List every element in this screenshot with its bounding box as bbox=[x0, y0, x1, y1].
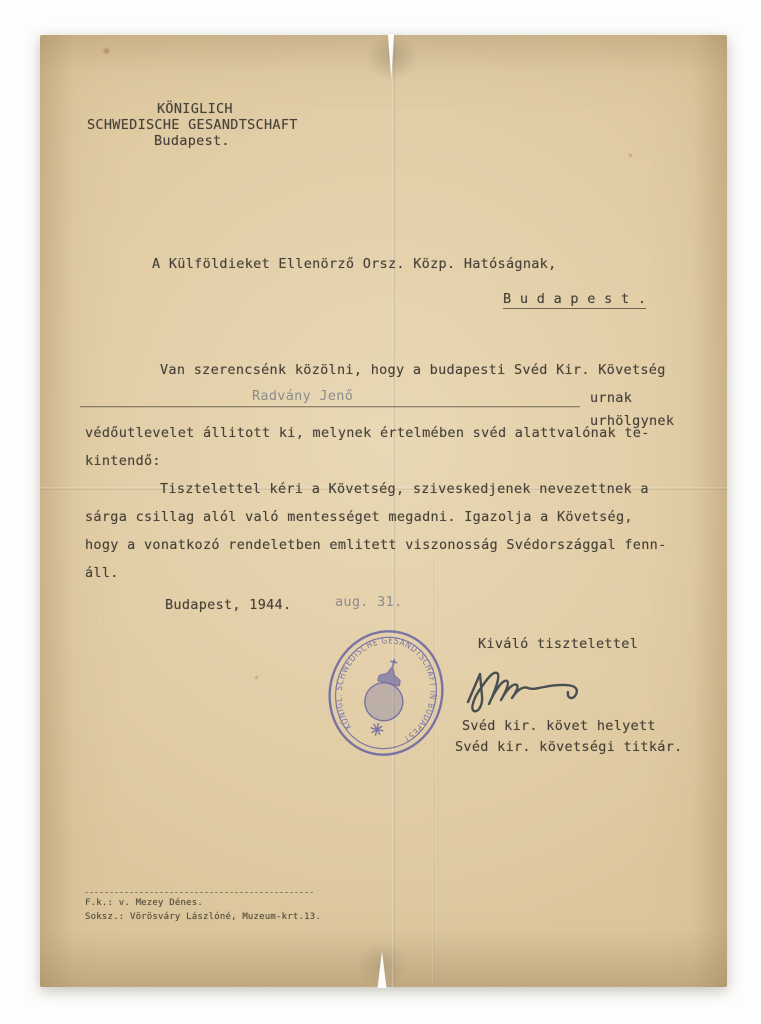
body-para2-line2: sárga csillag alól való mentességet mega… bbox=[85, 509, 633, 525]
handwritten-signature bbox=[460, 658, 622, 716]
foxing-spot bbox=[102, 47, 111, 55]
body-para1-line2: védőutlevelet állitott ki, melynek értel… bbox=[85, 425, 650, 441]
recipient-city: B u d a p e s t . bbox=[503, 291, 646, 309]
foxing-spot bbox=[254, 675, 259, 680]
signer-title-line1: Svéd kir. követ helyett bbox=[462, 718, 656, 734]
stamp-orb bbox=[361, 679, 407, 725]
foxing-spot bbox=[628, 153, 633, 158]
stamp-bottom-ornament bbox=[369, 722, 385, 738]
body-para1-line1: Van szerencsénk közölni, hogy a budapest… bbox=[160, 362, 666, 378]
letter-paper: KÖNIGLICH SCHWEDISCHE GESANDTSCHAFT Buda… bbox=[40, 35, 727, 987]
stamp-crown-cross bbox=[389, 658, 397, 666]
letterhead-line1: KÖNIGLICH bbox=[157, 101, 233, 117]
salutation-sir: urnak bbox=[590, 390, 632, 406]
date-stamp: aug. 31. bbox=[335, 594, 402, 610]
valediction: Kiváló tisztelettel bbox=[478, 636, 638, 652]
typed-name: Radvány Jenő bbox=[252, 388, 353, 404]
body-para2-line1: Tisztelettel kéri a Követség, sziveskedj… bbox=[160, 481, 649, 497]
footer-divider bbox=[85, 892, 313, 893]
body-para1-line3: kintendő: bbox=[85, 453, 161, 469]
body-para2-line3: hogy a vonatkozó rendeletben emlitett vi… bbox=[85, 537, 667, 553]
signer-title-line2: Svéd kir. követségi titkár. bbox=[455, 739, 683, 755]
top-edge-tear bbox=[384, 34, 398, 80]
letterhead-line3: Budapest. bbox=[154, 133, 230, 149]
bottom-edge-tear bbox=[374, 951, 390, 988]
vertical-fold-crease-2 bbox=[432, 555, 434, 987]
letterhead-line2: SCHWEDISCHE GESANDTSCHAFT bbox=[87, 117, 298, 133]
recipient-authority: A Külföldieket Ellenörző Orsz. Közp. Hat… bbox=[152, 256, 557, 272]
scanned-letter-photo: KÖNIGLICH SCHWEDISCHE GESANDTSCHAFT Buda… bbox=[0, 0, 761, 1024]
footer-line2: Soksz.: Vörösváry Lászlóné, Muzeum-krt.1… bbox=[85, 910, 321, 924]
body-para2-line4: áll. bbox=[85, 565, 119, 581]
legation-round-stamp: KÖNIGL. SCHWEDISCHE GESANDTSCHAFT IN BUD… bbox=[327, 628, 445, 758]
dateline-place-year: Budapest, 1944. bbox=[165, 597, 291, 613]
name-underline bbox=[80, 406, 580, 407]
footer-line1: F.k.: v. Mezey Dénes. bbox=[85, 896, 203, 910]
